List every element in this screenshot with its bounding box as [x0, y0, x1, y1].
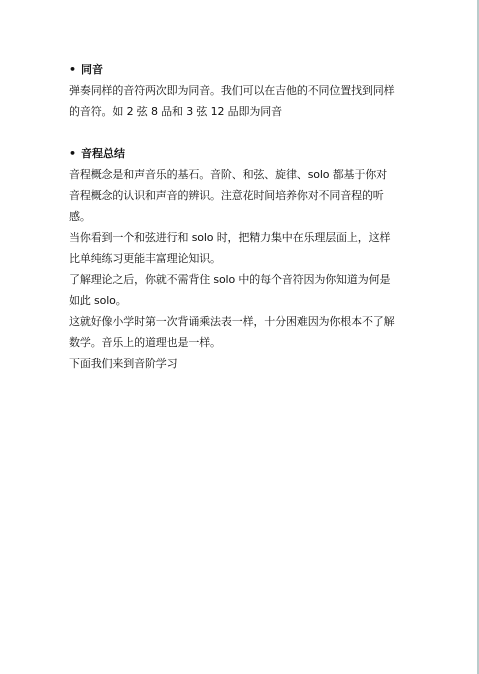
paragraph-line: 了解理论之后，你就不需背住 solo 中的每个音符因为你知道为何是 — [69, 269, 419, 290]
paragraph-line: 音程概念是和声音乐的基石。音阶、和弦、旋律、solo 都基于你对 — [69, 164, 419, 185]
section-spacer — [69, 122, 419, 143]
paragraph-line: 下面我们来到音阶学习 — [69, 353, 419, 374]
section-heading-unison: •同音 — [69, 59, 419, 80]
section-heading-interval-summary: •音程总结 — [69, 143, 419, 164]
bullet-icon: • — [69, 143, 81, 164]
paragraph-line: 的音符。如 2 弦 8 品和 3 弦 12 品即为同音 — [69, 101, 419, 122]
document-body: •同音 弹奏同样的音符两次即为同音。我们可以在吉他的不同位置找到同样 的音符。如… — [69, 59, 419, 374]
paragraph-line: 数学。音乐上的道理也是一样。 — [69, 332, 419, 353]
paragraph-line: 感。 — [69, 206, 419, 227]
paragraph-line: 当你看到一个和弦进行和 solo 时，把精力集中在乐理层面上，这样 — [69, 227, 419, 248]
paragraph-line: 这就好像小学时第一次背诵乘法表一样，十分困难因为你根本不了解 — [69, 311, 419, 332]
heading-text: 同音 — [81, 63, 103, 76]
heading-text: 音程总结 — [81, 147, 125, 160]
paragraph-line: 比单纯练习更能丰富理论知识。 — [69, 248, 419, 269]
paragraph-line: 音程概念的认识和声音的辨识。注意花时间培养你对不同音程的听 — [69, 185, 419, 206]
paragraph-line: 如此 solo。 — [69, 290, 419, 311]
bullet-icon: • — [69, 59, 81, 80]
paragraph-line: 弹奏同样的音符两次即为同音。我们可以在吉他的不同位置找到同样 — [69, 80, 419, 101]
